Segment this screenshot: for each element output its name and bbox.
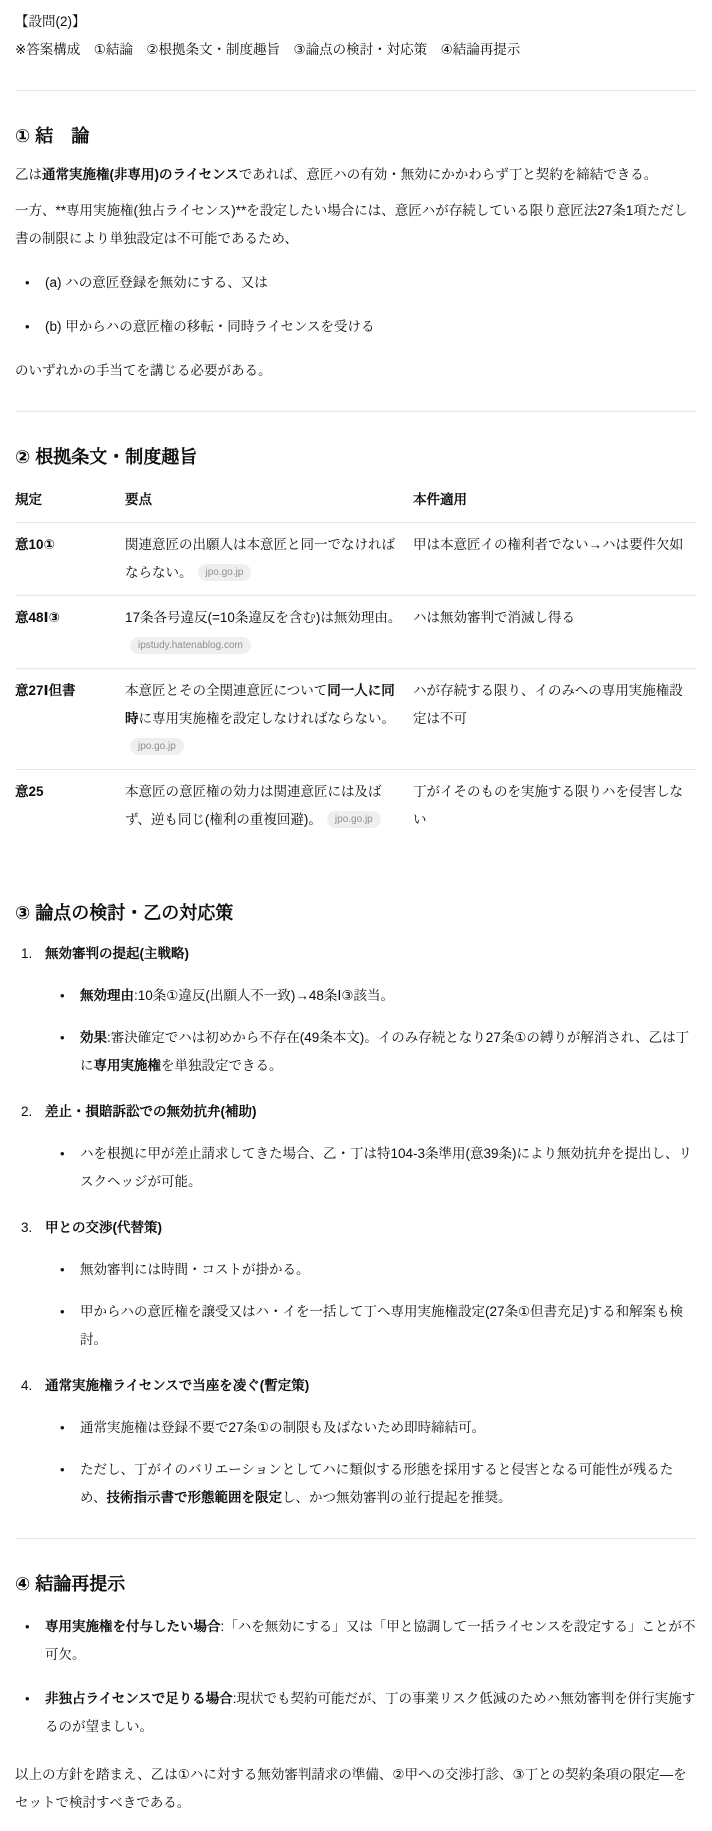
application-cell: 甲は本意匠イの権利者でない→ハは要件欠如 xyxy=(413,523,697,596)
summary-text: 関連意匠の出願人は本意匠と同一でなければならない。 xyxy=(125,537,395,580)
strategy-item: 甲との交渉(代替策) 無効審判には時間・コストが掛かる。 甲からハの意匠権を譲受… xyxy=(21,1214,697,1354)
list-item: 無効審判には時間・コストが掛かる。 xyxy=(59,1256,697,1284)
strategy-list: 無効審判の提起(主戦略) 無効理由:10条①違反(出願人不一致)→48条Ⅰ③該当… xyxy=(15,940,697,1512)
section-restatement: ④ 結論再提示 専用実施権を付与したい場合:「ハを無効にする」又は「甲と協調して… xyxy=(15,1571,697,1817)
list-item: 通常実施権は登録不要で27条①の制限も及ばないため即時締結可。 xyxy=(59,1414,697,1442)
closing-paragraph: 以上の方針を踏まえ、乙は①ハに対する無効審判請求の準備、②甲への交渉打診、③丁と… xyxy=(15,1761,697,1817)
list-item: 非独占ライセンスで足りる場合:現状でも契約可能だが、丁の事業リスク低減のためハ無… xyxy=(23,1685,697,1741)
section3-heading: ③ 論点の検討・乙の対応策 xyxy=(15,900,697,926)
column-header-yoten: 要点 xyxy=(125,484,413,523)
list-item: (a) ハの意匠登録を無効にする、又は xyxy=(23,269,697,297)
strategy-title: 無効審判の提起(主戦略) xyxy=(45,946,189,961)
table-row: 意27Ⅰ但書 本意匠とその全関連意匠について同一人に同時に専用実施権を設定しなけ… xyxy=(15,669,697,770)
citation-badge[interactable]: jpo.go.jp xyxy=(198,564,252,581)
list-item: (b) 甲からハの意匠権の移転・同時ライセンスを受ける xyxy=(23,313,697,341)
strategy-sublist: ハを根拠に甲が差止請求してきた場合、乙・丁は特104-3条準用(意39条)により… xyxy=(45,1140,697,1196)
option-a-text: (a) ハの意匠登録を無効にする、又は xyxy=(45,275,268,290)
strategy-title: 通常実施権ライセンスで当座を凌ぐ(暫定策) xyxy=(45,1378,309,1393)
strategy-item: 無効審判の提起(主戦略) 無効理由:10条①違反(出願人不一致)→48条Ⅰ③該当… xyxy=(21,940,697,1080)
table-row: 意10① 関連意匠の出願人は本意匠と同一でなければならない。jpo.go.jp … xyxy=(15,523,697,596)
column-header-honken: 本件適用 xyxy=(413,484,697,523)
table-row: 意48Ⅰ③ 17条各号違反(=10条違反を含む)は無効理由。ipstudy.ha… xyxy=(15,596,697,669)
column-header-kitei: 規定 xyxy=(15,484,125,523)
section-conclusion: ① 結 論 乙は通常実施権(非専用)のライセンスであれば、意匠ハの有効・無効にか… xyxy=(15,123,697,385)
conclusion-paragraph-1: 乙は通常実施権(非専用)のライセンスであれば、意匠ハの有効・無効にかかわらず丁と… xyxy=(15,161,697,189)
strategy-item: 差止・損賠訴訟での無効抗弁(補助) ハを根拠に甲が差止請求してきた場合、乙・丁は… xyxy=(21,1098,697,1196)
citation-badge[interactable]: jpo.go.jp xyxy=(327,811,381,828)
strategy-sublist: 無効審判には時間・コストが掛かる。 甲からハの意匠権を譲受又はハ・イを一括して丁… xyxy=(45,1256,697,1354)
strategy-title: 甲との交渉(代替策) xyxy=(45,1220,162,1235)
conclusion-paragraph-3: のいずれかの手当てを講じる必要がある。 xyxy=(15,357,697,385)
answer-outline: ※答案構成 ①結論 ②根拠条文・制度趣旨 ③論点の検討・対応策 ④結論再提示 xyxy=(15,36,697,64)
section-analysis: ③ 論点の検討・乙の対応策 無効審判の提起(主戦略) 無効理由:10条①違反(出… xyxy=(15,900,697,1512)
list-item: ただし、丁がイのバリエーションとしてハに類似する形態を採用すると侵害となる可能性… xyxy=(59,1456,697,1512)
summary-text: 本意匠とその全関連意匠について同一人に同時に専用実施権を設定しなければならない。 xyxy=(125,683,395,726)
summary-cell: 本意匠の意匠権の効力は関連意匠には及ばず、逆も同じ(権利の重複回避)。jpo.g… xyxy=(125,770,413,843)
provision-cell: 意27Ⅰ但書 xyxy=(15,669,125,770)
table-header-row: 規定 要点 本件適用 xyxy=(15,484,697,523)
section1-heading: ① 結 論 xyxy=(15,123,697,149)
option-b-text: (b) 甲からハの意匠権の移転・同時ライセンスを受ける xyxy=(45,319,375,334)
strategy-item: 通常実施権ライセンスで当座を凌ぐ(暫定策) 通常実施権は登録不要で27条①の制限… xyxy=(21,1372,697,1512)
strategy-sublist: 通常実施権は登録不要で27条①の制限も及ばないため即時締結可。 ただし、丁がイの… xyxy=(45,1414,697,1512)
strategy-sublist: 無効理由:10条①違反(出願人不一致)→48条Ⅰ③該当。 効果:審決確定でハは初… xyxy=(45,982,697,1080)
restatement-list: 専用実施権を付与したい場合:「ハを無効にする」又は「甲と協調して一括ライセンスを… xyxy=(15,1613,697,1741)
summary-cell: 本意匠とその全関連意匠について同一人に同時に専用実施権を設定しなければならない。… xyxy=(125,669,413,770)
list-item: ハを根拠に甲が差止請求してきた場合、乙・丁は特104-3条準用(意39条)により… xyxy=(59,1140,697,1196)
citation-badge[interactable]: jpo.go.jp xyxy=(130,738,184,755)
section4-heading: ④ 結論再提示 xyxy=(15,1571,697,1597)
list-item: 無効理由:10条①違反(出願人不一致)→48条Ⅰ③該当。 xyxy=(59,982,697,1010)
conclusion-paragraph-2: 一方、**専用実施権(独占ライセンス)**を設定したい場合には、意匠ハが存続して… xyxy=(15,197,697,253)
provision-cell: 意10① xyxy=(15,523,125,596)
section2-heading: ② 根拠条文・制度趣旨 xyxy=(15,444,697,470)
summary-text: 17条各号違反(=10条違反を含む)は無効理由。 xyxy=(125,610,401,625)
section-legal-basis: ② 根拠条文・制度趣旨 規定 要点 本件適用 意10① 関連意匠の出願人は本意匠… xyxy=(15,444,697,842)
section-divider xyxy=(15,1538,697,1539)
question-label: 【設問(2)】 xyxy=(15,8,697,36)
strategy-title: 差止・損賠訴訟での無効抗弁(補助) xyxy=(45,1104,257,1119)
application-cell: ハが存続する限り、イのみへの専用実施権設定は不可 xyxy=(413,669,697,770)
legal-basis-table: 規定 要点 本件適用 意10① 関連意匠の出願人は本意匠と同一でなければならない… xyxy=(15,484,697,842)
list-item: 甲からハの意匠権を譲受又はハ・イを一括して丁へ専用実施権設定(27条①但書充足)… xyxy=(59,1298,697,1354)
answer-document: { "colors": { "text": "#0d0d0d", "divide… xyxy=(0,0,712,1831)
provision-cell: 意25 xyxy=(15,770,125,843)
summary-cell: 17条各号違反(=10条違反を含む)は無効理由。ipstudy.hatenabl… xyxy=(125,596,413,669)
conclusion-options-list: (a) ハの意匠登録を無効にする、又は (b) 甲からハの意匠権の移転・同時ライ… xyxy=(15,269,697,341)
application-cell: ハは無効審判で消滅し得る xyxy=(413,596,697,669)
provision-cell: 意48Ⅰ③ xyxy=(15,596,125,669)
section-divider xyxy=(15,90,697,91)
list-item: 効果:審決確定でハは初めから不存在(49条本文)。イのみ存続となり27条①の縛り… xyxy=(59,1024,697,1080)
section-divider xyxy=(15,411,697,412)
list-item: 専用実施権を付与したい場合:「ハを無効にする」又は「甲と協調して一括ライセンスを… xyxy=(23,1613,697,1669)
table-row: 意25 本意匠の意匠権の効力は関連意匠には及ばず、逆も同じ(権利の重複回避)。j… xyxy=(15,770,697,843)
summary-cell: 関連意匠の出願人は本意匠と同一でなければならない。jpo.go.jp xyxy=(125,523,413,596)
citation-badge[interactable]: ipstudy.hatenablog.com xyxy=(130,637,251,654)
answer-header: 【設問(2)】 ※答案構成 ①結論 ②根拠条文・制度趣旨 ③論点の検討・対応策 … xyxy=(15,8,697,64)
application-cell: 丁がイそのものを実施する限りハを侵害しない xyxy=(413,770,697,843)
